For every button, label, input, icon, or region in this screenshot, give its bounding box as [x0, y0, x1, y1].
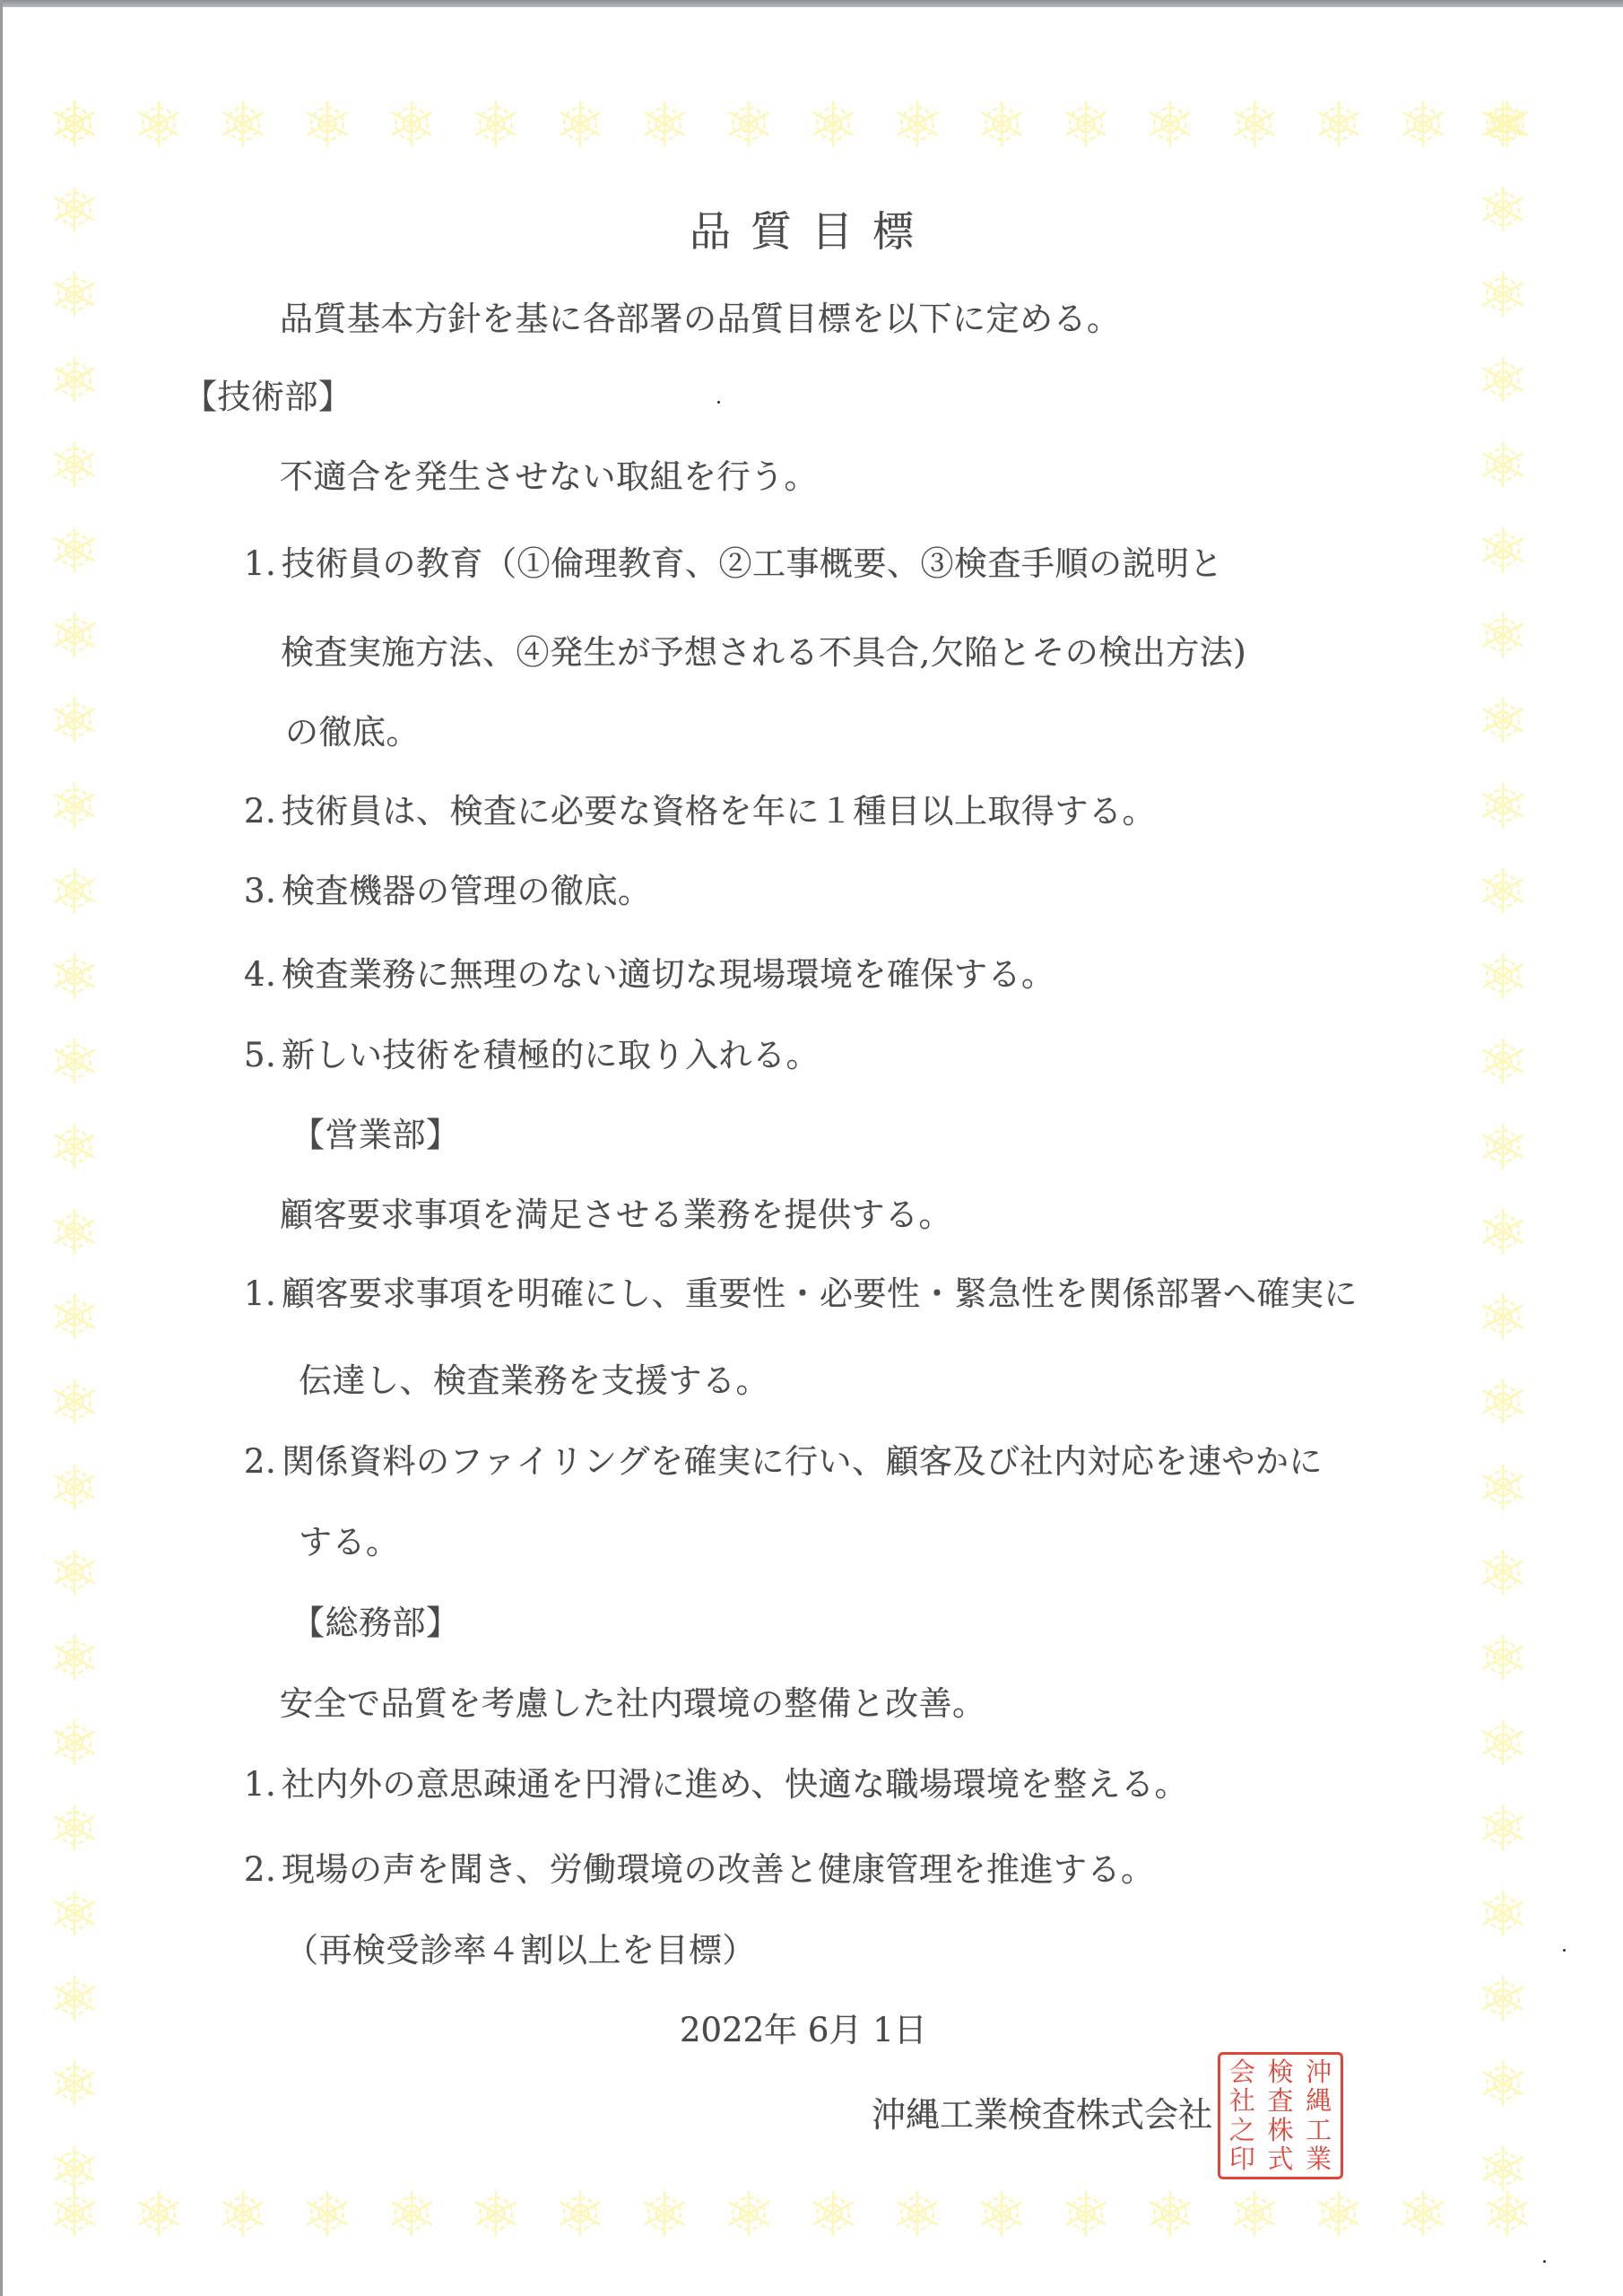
border-motif-icon	[808, 99, 858, 149]
border-motif-icon	[302, 2188, 352, 2239]
seal-character: 社	[1229, 2087, 1255, 2115]
scan-speck	[1543, 2260, 1546, 2263]
list-item: 5.新しい技術を積極的に取り入れる。	[244, 1036, 820, 1075]
border-motif-icon	[1145, 2188, 1195, 2239]
border-motif-icon	[49, 2058, 100, 2109]
border-motif-icon	[49, 1206, 100, 1257]
seal-character: 式	[1267, 2145, 1293, 2173]
border-motif-icon	[218, 99, 268, 149]
border-motif-icon	[49, 610, 100, 660]
border-motif-icon	[134, 99, 184, 149]
border-motif-icon	[49, 1632, 100, 1683]
section-heading-general-affairs: 【総務部】	[291, 1604, 460, 1643]
border-motif-icon	[49, 1973, 100, 2023]
scan-speck	[717, 401, 720, 404]
border-motif-icon	[1314, 2188, 1364, 2239]
border-motif-icon	[49, 1036, 100, 1086]
border-motif-icon	[1478, 1377, 1528, 1427]
border-motif-icon	[1145, 99, 1195, 149]
border-motif-icon	[1478, 951, 1528, 1001]
border-motif-icon	[49, 99, 100, 149]
item-text-continued: 検査実施方法、④発生が予想される不具合,欠陥とその検出方法)	[281, 633, 1246, 673]
item-number: 2.	[244, 1850, 282, 1890]
border-motif-icon	[1398, 2188, 1448, 2239]
border-motif-icon	[1478, 1121, 1528, 1171]
border-motif-icon	[1478, 1888, 1528, 1938]
item-number: 3.	[244, 872, 282, 911]
item-text: 現場の声を聞き、労働環境の改善と健康管理を推進する。	[282, 1850, 1155, 1889]
item-note: （再検受診率４割以上を目標）	[285, 1931, 756, 1970]
border-motif-icon	[555, 99, 605, 149]
section-heading-sales: 【営業部】	[291, 1116, 460, 1155]
border-motif-icon	[218, 2188, 268, 2239]
seal-character: 査	[1267, 2087, 1293, 2115]
border-motif-icon	[976, 2188, 1027, 2239]
border-motif-icon	[1398, 99, 1448, 149]
list-item: 1.社内外の意思疎通を円滑に進め、快適な職場環境を整える。	[244, 1765, 1188, 1805]
list-item: 4.検査業務に無理のない適切な現場環境を確保する。	[244, 955, 1055, 995]
border-motif-icon	[724, 99, 774, 149]
border-motif-icon	[49, 1718, 100, 1768]
border-motif-icon	[1478, 780, 1528, 831]
item-text: 新しい技術を積極的に取り入れる。	[282, 1036, 820, 1074]
border-motif-icon	[1478, 1462, 1528, 1512]
company-seal-stamp: 沖縄工業 検査株式 会社之印	[1218, 2052, 1343, 2179]
border-motif-icon	[808, 2188, 858, 2239]
item-text: 顧客要求事項を明確にし、重要性・必要性・緊急性を関係部署へ確実に	[282, 1274, 1358, 1313]
border-motif-icon	[1478, 439, 1528, 490]
seal-column: 沖縄工業	[1306, 2058, 1332, 2173]
border-motif-icon	[386, 99, 437, 149]
border-motif-icon	[1478, 1973, 1528, 2023]
item-text: 検査業務に無理のない適切な現場環境を確保する。	[282, 955, 1055, 994]
border-motif-icon	[555, 2188, 605, 2239]
item-text: 関係資料のファイリングを確実に行い、顧客及び社内対応を速やかに	[282, 1442, 1323, 1481]
seal-character: 業	[1306, 2145, 1332, 2173]
item-number: 2.	[244, 1442, 282, 1482]
list-item: 2.現場の声を聞き、労働環境の改善と健康管理を推進する。	[244, 1850, 1155, 1890]
border-motif-icon	[1229, 2188, 1280, 2239]
border-motif-icon	[1061, 2188, 1111, 2239]
border-motif-icon	[49, 2144, 100, 2194]
border-motif-icon	[1482, 2188, 1532, 2239]
border-motif-icon	[1314, 99, 1364, 149]
border-motif-icon	[1478, 1206, 1528, 1257]
border-motif-icon	[1478, 1547, 1528, 1597]
border-motif-icon	[49, 1462, 100, 1512]
border-motif-icon	[49, 1121, 100, 1171]
border-motif-icon	[49, 865, 100, 916]
page-title: 品質目標	[0, 199, 1623, 258]
item-number: 2.	[244, 792, 282, 831]
item-text-continued: 伝達し、検査業務を支援する。	[299, 1361, 769, 1401]
scan-left-edge	[0, 0, 3, 2296]
border-motif-icon	[49, 951, 100, 1001]
border-motif-icon	[49, 2188, 100, 2239]
border-motif-icon	[1478, 865, 1528, 916]
border-motif-icon	[1478, 695, 1528, 745]
border-motif-icon	[49, 1547, 100, 1597]
border-motif-icon	[1478, 610, 1528, 660]
item-text: 技術員は、検査に必要な資格を年に１種目以上取得する。	[282, 792, 1156, 831]
list-item: 1.顧客要求事項を明確にし、重要性・必要性・緊急性を関係部署へ確実に	[244, 1274, 1358, 1314]
border-motif-icon	[1478, 1291, 1528, 1342]
border-motif-icon	[386, 2188, 437, 2239]
item-text: 社内外の意思疎通を円滑に進め、快適な職場環境を整える。	[282, 1765, 1188, 1804]
list-item: 2.関係資料のファイリングを確実に行い、顧客及び社内対応を速やかに	[244, 1442, 1323, 1482]
list-item: 2.技術員は、検査に必要な資格を年に１種目以上取得する。	[244, 792, 1156, 831]
border-motif-icon	[1478, 99, 1528, 149]
border-motif-icon	[1229, 99, 1280, 149]
item-text-continued: の徹底。	[285, 713, 420, 752]
border-motif-icon	[1478, 269, 1528, 319]
border-motif-icon	[49, 354, 100, 404]
border-motif-icon	[49, 439, 100, 490]
border-motif-icon	[471, 2188, 521, 2239]
scan-top-edge	[0, 0, 1623, 7]
item-text: 検査機器の管理の徹底。	[282, 872, 652, 910]
border-motif-icon	[1478, 1036, 1528, 1086]
item-number: 1.	[244, 1765, 282, 1805]
border-motif-icon	[724, 2188, 774, 2239]
border-motif-icon	[49, 780, 100, 831]
section-summary-engineering: 不適合を発生させない取組を行う。	[280, 457, 818, 497]
border-motif-icon	[639, 2188, 690, 2239]
border-motif-icon	[49, 1803, 100, 1853]
seal-column: 検査株式	[1267, 2058, 1293, 2173]
border-motif-icon	[1478, 1718, 1528, 1768]
section-heading-engineering: 【技術部】	[184, 378, 352, 417]
border-motif-icon	[892, 2188, 942, 2239]
border-motif-icon	[49, 1888, 100, 1938]
seal-character: 会	[1229, 2058, 1255, 2086]
item-number: 1.	[244, 544, 282, 584]
section-summary-general-affairs: 安全で品質を考慮した社内環境の整備と改善。	[280, 1684, 986, 1724]
item-number: 5.	[244, 1036, 282, 1075]
border-motif-icon	[976, 99, 1027, 149]
border-motif-icon	[1478, 2144, 1528, 2194]
seal-character: 沖	[1306, 2058, 1332, 2086]
item-number: 4.	[244, 955, 282, 995]
list-item: 3.検査機器の管理の徹底。	[244, 872, 652, 911]
company-name: 沖縄工業検査株式会社	[872, 2094, 1212, 2135]
border-motif-icon	[49, 269, 100, 319]
border-motif-icon	[1478, 2058, 1528, 2109]
border-motif-icon	[1478, 1632, 1528, 1683]
border-motif-icon	[639, 99, 690, 149]
border-motif-icon	[892, 99, 942, 149]
seal-character: 縄	[1306, 2087, 1332, 2115]
border-motif-icon	[1061, 99, 1111, 149]
item-text-continued: する。	[299, 1523, 400, 1562]
item-number: 1.	[244, 1274, 282, 1314]
border-motif-icon	[49, 695, 100, 745]
seal-character: 之	[1229, 2117, 1255, 2144]
list-item: 1.技術員の教育（①倫理教育、②工事概要、③検査手順の説明と	[244, 544, 1223, 584]
border-motif-icon	[471, 99, 521, 149]
document-date: 2022年 6月 1日	[680, 2011, 927, 2050]
border-motif-icon	[1478, 525, 1528, 575]
intro-text: 品質基本方針を基に各部署の品質目標を以下に定める。	[280, 300, 1121, 339]
scan-speck	[1563, 1949, 1566, 1952]
border-motif-icon	[134, 2188, 184, 2239]
border-motif-icon	[49, 1377, 100, 1427]
border-motif-icon	[1478, 354, 1528, 404]
seal-character: 工	[1306, 2117, 1332, 2144]
border-motif-icon	[49, 525, 100, 575]
seal-character: 株	[1267, 2117, 1293, 2144]
border-motif-icon	[1478, 1803, 1528, 1853]
item-text: 技術員の教育（①倫理教育、②工事概要、③検査手順の説明と	[282, 544, 1223, 583]
border-motif-icon	[302, 99, 352, 149]
seal-column: 会社之印	[1229, 2058, 1255, 2173]
seal-character: 印	[1229, 2145, 1255, 2173]
seal-character: 検	[1267, 2058, 1293, 2086]
section-summary-sales: 顧客要求事項を満足させる業務を提供する。	[280, 1196, 952, 1235]
border-motif-icon	[49, 1291, 100, 1342]
